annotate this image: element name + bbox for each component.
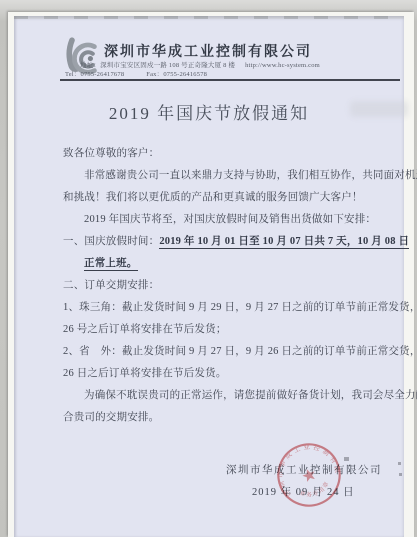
out-of-province-line2: 26 日之后订单将安排在节后发货。	[63, 363, 395, 385]
document-page: 深圳市华成工业控制有限公司 地址：深圳市宝安区固戍一路 108 号正奇隆大厦 8…	[14, 16, 404, 537]
tel-number: Tel：0755-26417678	[65, 71, 124, 78]
paragraph1-line1: 非常感谢贵公司一直以来鼎力支持与协助，我们相互协作，共同面对机遇	[63, 165, 395, 187]
closing-line1: 为确保不耽误贵司的正常运作，请您提前做好备货计划，我司会尽全力配	[63, 385, 395, 407]
pearl-delta-line1: 1、珠三角：截止发货时间 9 月 29 日，9 月 27 日之前的订单节前正常发…	[63, 297, 395, 319]
delivery-schedule-heading: 二、订单交期安排：	[63, 275, 395, 297]
holiday-time-line2: 正常上班。	[63, 253, 395, 275]
paragraph1-line2: 和挑战！我们将以更优质的产品和更真诚的服务回馈广大客户！	[63, 187, 395, 209]
header-divider	[60, 79, 400, 81]
company-name: 深圳市华成工业控制有限公司	[104, 41, 312, 61]
closing-line2: 合贵司的交期安排。	[63, 407, 395, 429]
holiday-time-label: 一、国庆放假时间：	[63, 236, 159, 247]
company-address-line: 地址：深圳市宝安区固戍一路 108 号正奇隆大厦 8 楼http://www.h…	[80, 60, 320, 69]
notice-title: 2019 年国庆节放假通知	[14, 99, 404, 124]
scan-speck-artifact	[399, 473, 402, 476]
notice-body: 致各位尊敬的客户： 非常感谢贵公司一直以来鼎力支持与协助，我们相互协作，共同面对…	[63, 143, 395, 429]
holiday-time-line1: 一、国庆放假时间：2019 年 10 月 01 日至 10 月 07 日共 7 …	[63, 231, 395, 253]
out-of-province-line1: 2、省 外：截止发货时间 9 月 27 日，9 月 26 日之前的订单节前正常交…	[63, 341, 395, 363]
website-url: http://www.hc-system.com	[245, 62, 320, 69]
fax-number: Fax：0755-26416578	[146, 71, 207, 78]
scan-speck-artifact	[398, 462, 401, 465]
scan-edge-artifact	[14, 16, 404, 19]
scan-speck-artifact	[344, 457, 349, 461]
company-contact-line: Tel：0755-26417678Fax：0755-26416578	[65, 69, 207, 78]
address-text: 地址：深圳市宝安区固戍一路 108 号正奇隆大厦 8 楼	[80, 62, 235, 69]
back-to-work-underlined: 正常上班。	[84, 258, 138, 271]
holiday-dates-underlined: 2019 年 10 月 01 日至 10 月 07 日共 7 天，10 月 08…	[159, 236, 409, 249]
company-seal-stamp-icon: 深圳市华成工业控制有限公司 业务专用章	[265, 431, 352, 518]
salutation-line: 致各位尊敬的客户：	[63, 143, 395, 165]
pearl-delta-line2: 26 号之后订单将安排在节后发货；	[63, 319, 395, 341]
stamp-star-icon	[301, 467, 317, 483]
paragraph2-line: 2019 年国庆节将至，对国庆放假时间及销售出货做如下安排：	[63, 209, 395, 231]
